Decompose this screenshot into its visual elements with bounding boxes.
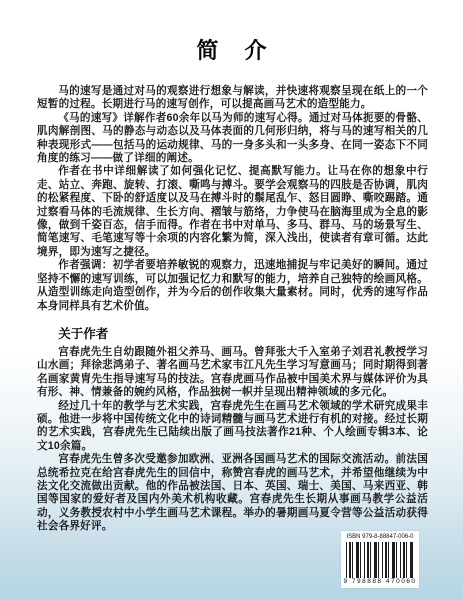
barcode-digits: 9 798888 470060 <box>343 578 417 586</box>
about-author-heading: 关于作者 <box>37 324 428 342</box>
intro-paragraph: 作者强调：初学者要培养敏锐的观察力，迅速地捕捉与牢记美好的瞬间。通过坚持不懈的速… <box>37 259 428 313</box>
intro-paragraph: 马的速写是通过对马的观察进行想象与解读，并快速将观察呈现在纸上的一个短暂的过程。… <box>37 85 428 112</box>
intro-paragraph: 《马的速写》详解作者60余年以马为师的速写心得。通过对马体扼要的骨骼、肌肉解剖图… <box>37 112 428 166</box>
barcode-bars <box>346 542 414 578</box>
cover-text-block: 简 介 马的速写是通过对马的观察进行想象与解读，并快速将观察呈现在纸上的一个短暂… <box>37 0 428 534</box>
book-back-cover: 简 介 马的速写是通过对马的观察进行想象与解读，并快速将观察呈现在纸上的一个短暂… <box>0 0 463 600</box>
isbn-number-label: ISBN 979-8-88847-006-0 <box>343 533 417 541</box>
isbn-barcode: ISBN 979-8-88847-006-0 9 798888 470060 <box>341 531 419 588</box>
about-paragraph: 宫春虎先生曾多次受邀参加欧洲、亚洲各国画马艺术的国际交流活动。前法国总统希拉克在… <box>37 453 428 533</box>
page-title: 简 介 <box>37 34 428 65</box>
about-paragraph: 经过几十年的教学与艺术实践，宫春虎先生在画马艺术领域的学术研究成果丰硕。他进一步… <box>37 400 428 454</box>
intro-paragraph: 作者在书中详细解读了如何强化记忆、提高默写能力。让马在你的想象中行走、站立、奔跑… <box>37 165 428 259</box>
about-paragraph: 宫春虎先生自幼跟随外祖父养马、画马。曾拜张大千入室弟子刘君礼教授学习山水画；拜徐… <box>37 346 428 400</box>
